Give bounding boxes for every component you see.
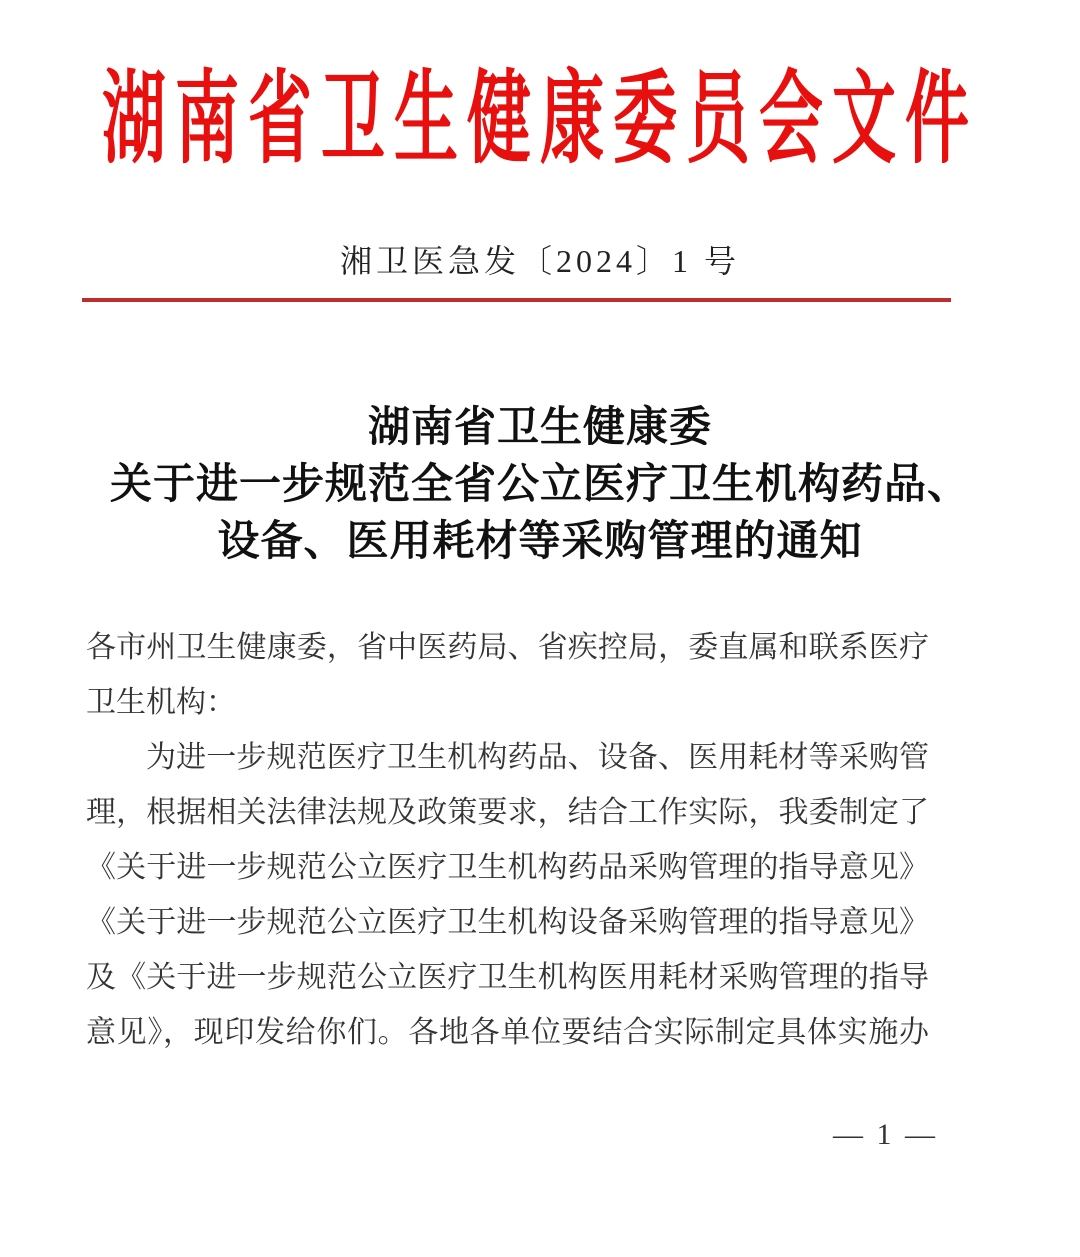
body-line: 《关于进一步规范公立医疗卫生机构药品采购管理的指导意见》 <box>86 840 929 895</box>
title-line-subject-2: 设备、医用耗材等采购管理的通知 <box>0 514 1080 571</box>
title-line-subject-1: 关于进一步规范全省公立医疗卫生机构药品、 <box>0 457 1080 514</box>
body-line: 《关于进一步规范公立医疗卫生机构设备采购管理的指导意见》 <box>86 895 929 950</box>
red-divider-line <box>82 298 951 302</box>
document-title: 湖南省卫生健康委 关于进一步规范全省公立医疗卫生机构药品、 设备、医用耗材等采购… <box>0 400 1080 571</box>
body-line: 意见》，现印发给你们。各地各单位要结合实际制定具体实施办 <box>86 1005 929 1060</box>
letterhead-agency-title: 湖南省卫生健康委员会文件 <box>0 38 1080 183</box>
recipients-line-end: 卫生机构： <box>86 675 929 730</box>
body-line: 及《关于进一步规范公立医疗卫生机构医用耗材采购管理的指导 <box>86 950 929 1005</box>
document-reference-number: 湘卫医急发〔2024〕1 号 <box>0 236 1080 282</box>
document-body: 各市州卫生健康委，省中医药局、省疾控局，委直属和联系医疗 卫生机构： 为进一步规… <box>86 620 929 1060</box>
title-line-issuer: 湖南省卫生健康委 <box>0 400 1080 457</box>
body-line: 理，根据相关法律法规及政策要求，结合工作实际，我委制定了 <box>86 785 929 840</box>
page-number: — 1 — <box>833 1118 938 1152</box>
body-line: 为进一步规范医疗卫生机构药品、设备、医用耗材等采购管 <box>86 730 929 785</box>
official-document-page: 湖南省卫生健康委员会文件 湘卫医急发〔2024〕1 号 湖南省卫生健康委 关于进… <box>0 0 1080 1257</box>
recipients-line: 各市州卫生健康委，省中医药局、省疾控局，委直属和联系医疗 <box>86 620 929 675</box>
